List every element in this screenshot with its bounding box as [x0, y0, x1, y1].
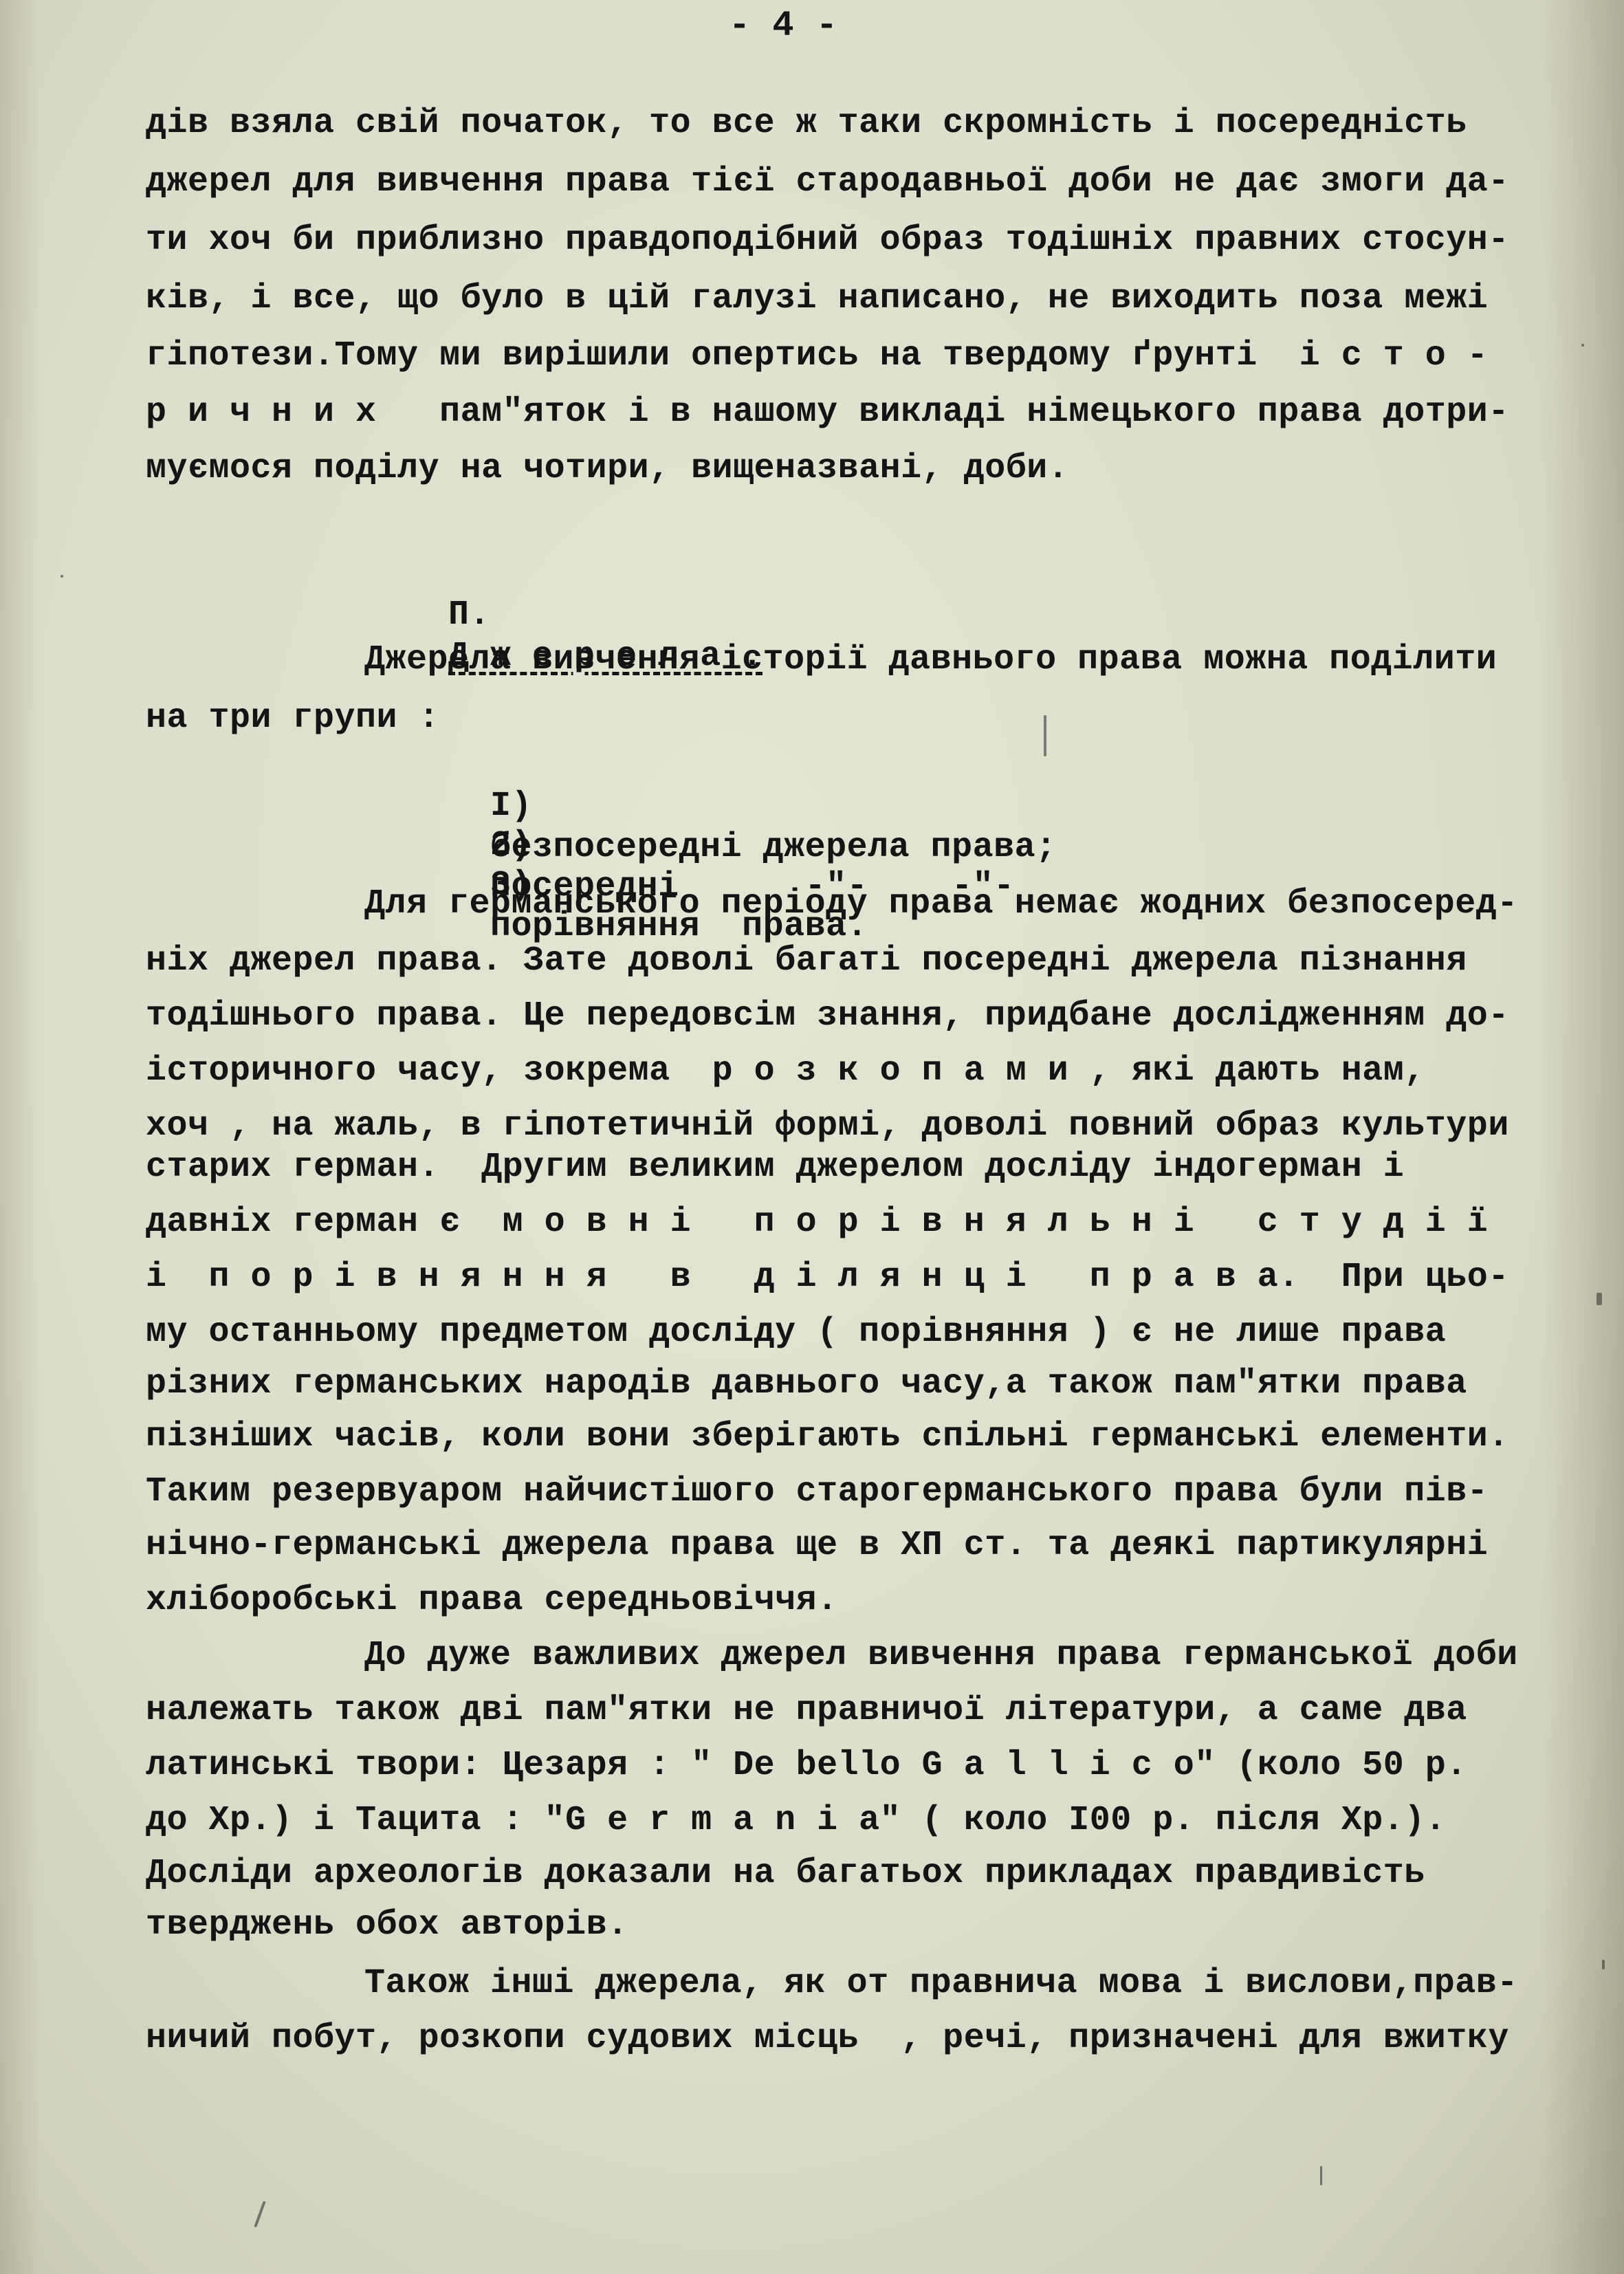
text-line: до Хр.) і Тацита : "G e r m a n i a" ( к…	[146, 1800, 1446, 1841]
text-line: Таким резервуаром найчистішого старогерм…	[146, 1472, 1488, 1513]
text-line: давніх герман є м о в н і п о р і в н я …	[146, 1202, 1488, 1243]
text-line: хоч , на жаль, в гіпотетичній формі, дов…	[146, 1106, 1509, 1147]
text-line: і п о р і в н я н н я в д і л я н ц і п …	[146, 1257, 1509, 1298]
text-line: тодішнього права. Це передовсім знання, …	[146, 996, 1509, 1037]
text-line: ничий побут, розкопи судових місць , реч…	[146, 2018, 1509, 2059]
paper-speck	[1602, 1960, 1605, 1969]
paper-scratch	[254, 2201, 265, 2228]
typewritten-page: - 4 - дів взяла свій початок, то все ж т…	[0, 0, 1624, 2274]
text-line: Джерела вивчення історії давнього права …	[364, 639, 1497, 681]
text-line: Для германського періоду права немає жод…	[364, 884, 1518, 925]
text-line: різних германських народів давнього часу…	[146, 1364, 1467, 1405]
text-line: нічно-германські джерела права ще в ХП с…	[146, 1525, 1488, 1566]
paper-speck	[1596, 1293, 1602, 1305]
text-line: гіпотези.Тому ми вирішили опертись на тв…	[146, 336, 1488, 377]
text-line: історичного часу, зокрема р о з к о п а …	[146, 1051, 1425, 1092]
text-line: ти хоч би приблизно правдоподібний образ…	[146, 220, 1509, 261]
text-line: старих герман. Другим великим джерелом д…	[146, 1147, 1404, 1188]
text-line: належать також дві пам"ятки не правничої…	[146, 1690, 1467, 1731]
paper-scratch	[1044, 715, 1046, 756]
text-line: Також інші джерела, як от правнича мова …	[364, 1963, 1518, 2004]
paper-speck	[1581, 344, 1584, 347]
text-line: ків, і все, що було в цій галузі написан…	[146, 278, 1488, 320]
text-line: дів взяла свій початок, то все ж таки ск…	[146, 103, 1467, 144]
text-line: на три групи :	[146, 698, 439, 739]
paper-speck	[61, 575, 63, 578]
text-line: джерел для вивчення права тієї стародавн…	[146, 162, 1509, 203]
text-line: До дуже важливих джерел вивчення права г…	[364, 1635, 1518, 1676]
text-line: тверджень обох авторів.	[146, 1905, 628, 1946]
text-line: ніх джерел права. Зате доволі багаті пос…	[146, 941, 1467, 982]
text-line: пізніших часів, коли вони зберігають спі…	[146, 1417, 1509, 1458]
text-line: му останньому предметом досліду ( порівн…	[146, 1312, 1446, 1353]
page-number: - 4 -	[729, 6, 838, 47]
text-line: латинські твори: Цезаря : " De bello G a…	[146, 1745, 1467, 1786]
section-heading: П. Д ж е р е л а .	[364, 554, 763, 719]
paper-scratch	[1320, 2166, 1322, 2185]
text-line: муємося поділу на чотири, вищеназвані, д…	[146, 448, 1068, 490]
section-number: П.	[448, 595, 490, 635]
text-line: Досліди археологів доказали на багатьох …	[146, 1853, 1425, 1894]
text-line: хліборобські права середньовіччя.	[146, 1580, 838, 1621]
text-line: р и ч н и х пам"яток і в нашому викладі …	[146, 392, 1509, 433]
